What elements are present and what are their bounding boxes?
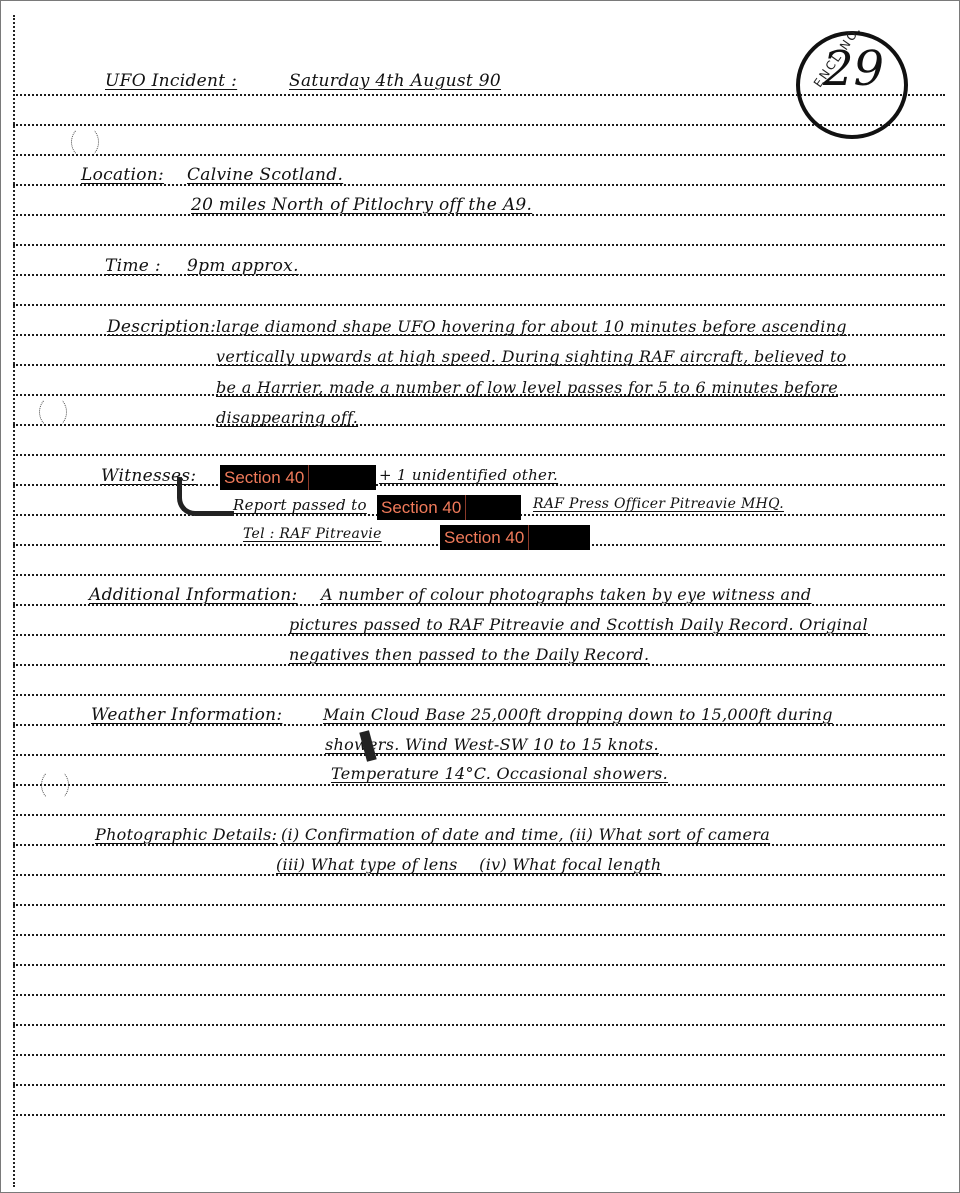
document-page: ENCL NO. 29 UFO Incident : Saturday 4th …	[0, 0, 960, 1193]
title-label: UFO Incident :	[105, 71, 237, 91]
ruled-line	[13, 874, 945, 876]
ruled-line	[13, 784, 945, 786]
ruled-line	[13, 1024, 945, 1026]
description-label: Description:	[107, 317, 216, 337]
photo-details-line-1: (i) Confirmation of date and time, (ii) …	[281, 825, 770, 844]
witnesses-line-2-prefix: Report passed to	[233, 496, 367, 514]
location-line-1: Calvine Scotland.	[187, 165, 343, 185]
redaction-box: Section 40	[377, 495, 521, 520]
punch-hole	[71, 126, 99, 158]
witnesses-line-2-suffix: RAF Press Officer Pitreavie MHQ.	[533, 496, 784, 512]
ruled-line	[13, 814, 945, 816]
weather-label: Weather Information:	[91, 705, 282, 725]
ruled-line	[13, 754, 945, 756]
ruled-line	[13, 904, 945, 906]
ruled-line	[13, 964, 945, 966]
punch-hole	[39, 396, 67, 428]
redaction-box: Section 40	[440, 525, 590, 550]
ruled-line	[13, 454, 945, 456]
redaction-label: Section 40	[220, 465, 309, 490]
time-value: 9pm approx.	[187, 256, 299, 276]
witnesses-line-1-suffix: + 1 unidentified other.	[379, 466, 558, 484]
weather-line-3: Temperature 14°C. Occasional showers.	[331, 764, 668, 783]
title-date: Saturday 4th August 90	[289, 71, 501, 91]
time-label: Time :	[105, 256, 161, 276]
additional-info-line-1: A number of colour photographs taken by …	[321, 585, 811, 604]
additional-info-label: Additional Information:	[89, 585, 298, 605]
weather-line-1: Main Cloud Base 25,000ft dropping down t…	[323, 705, 833, 724]
ruled-line	[13, 1054, 945, 1056]
ruled-line	[13, 664, 945, 666]
ruled-line	[13, 994, 945, 996]
punch-hole	[41, 769, 69, 801]
ruled-line	[13, 694, 945, 696]
ruled-line	[13, 1084, 945, 1086]
redaction-box: Section 40	[220, 465, 376, 490]
stamp-number: 29	[823, 41, 884, 97]
ruled-line	[13, 844, 945, 846]
description-line-1: large diamond shape UFO hovering for abo…	[216, 317, 847, 336]
margin-line	[13, 15, 15, 1187]
ruled-line	[13, 574, 945, 576]
description-line-4: disappearing off.	[216, 408, 358, 427]
redaction-label: Section 40	[377, 495, 466, 520]
witnesses-line-3-prefix: Tel : RAF Pitreavie	[243, 526, 382, 542]
photo-details-label: Photographic Details:	[95, 825, 277, 844]
location-label: Location:	[81, 165, 164, 185]
ruled-line	[13, 154, 945, 156]
ruled-line	[13, 304, 945, 306]
ruled-line	[13, 1114, 945, 1116]
location-line-2: 20 miles North of Pitlochry off the A9.	[191, 195, 532, 215]
redaction-label: Section 40	[440, 525, 529, 550]
ruled-line	[13, 244, 945, 246]
photo-details-line-2: (iii) What type of lens (iv) What focal …	[276, 855, 661, 874]
description-line-2: vertically upwards at high speed. During…	[216, 347, 847, 366]
weather-line-2: showers. Wind West-SW 10 to 15 knots.	[325, 735, 659, 754]
additional-info-line-3: negatives then passed to the Daily Recor…	[289, 645, 649, 664]
additional-info-line-2: pictures passed to RAF Pitreavie and Sco…	[289, 615, 868, 634]
ruled-line	[13, 634, 945, 636]
ruled-line	[13, 124, 945, 126]
ruled-line	[13, 934, 945, 936]
description-line-3: be a Harrier, made a number of low level…	[216, 378, 838, 397]
ruled-line	[13, 424, 945, 426]
